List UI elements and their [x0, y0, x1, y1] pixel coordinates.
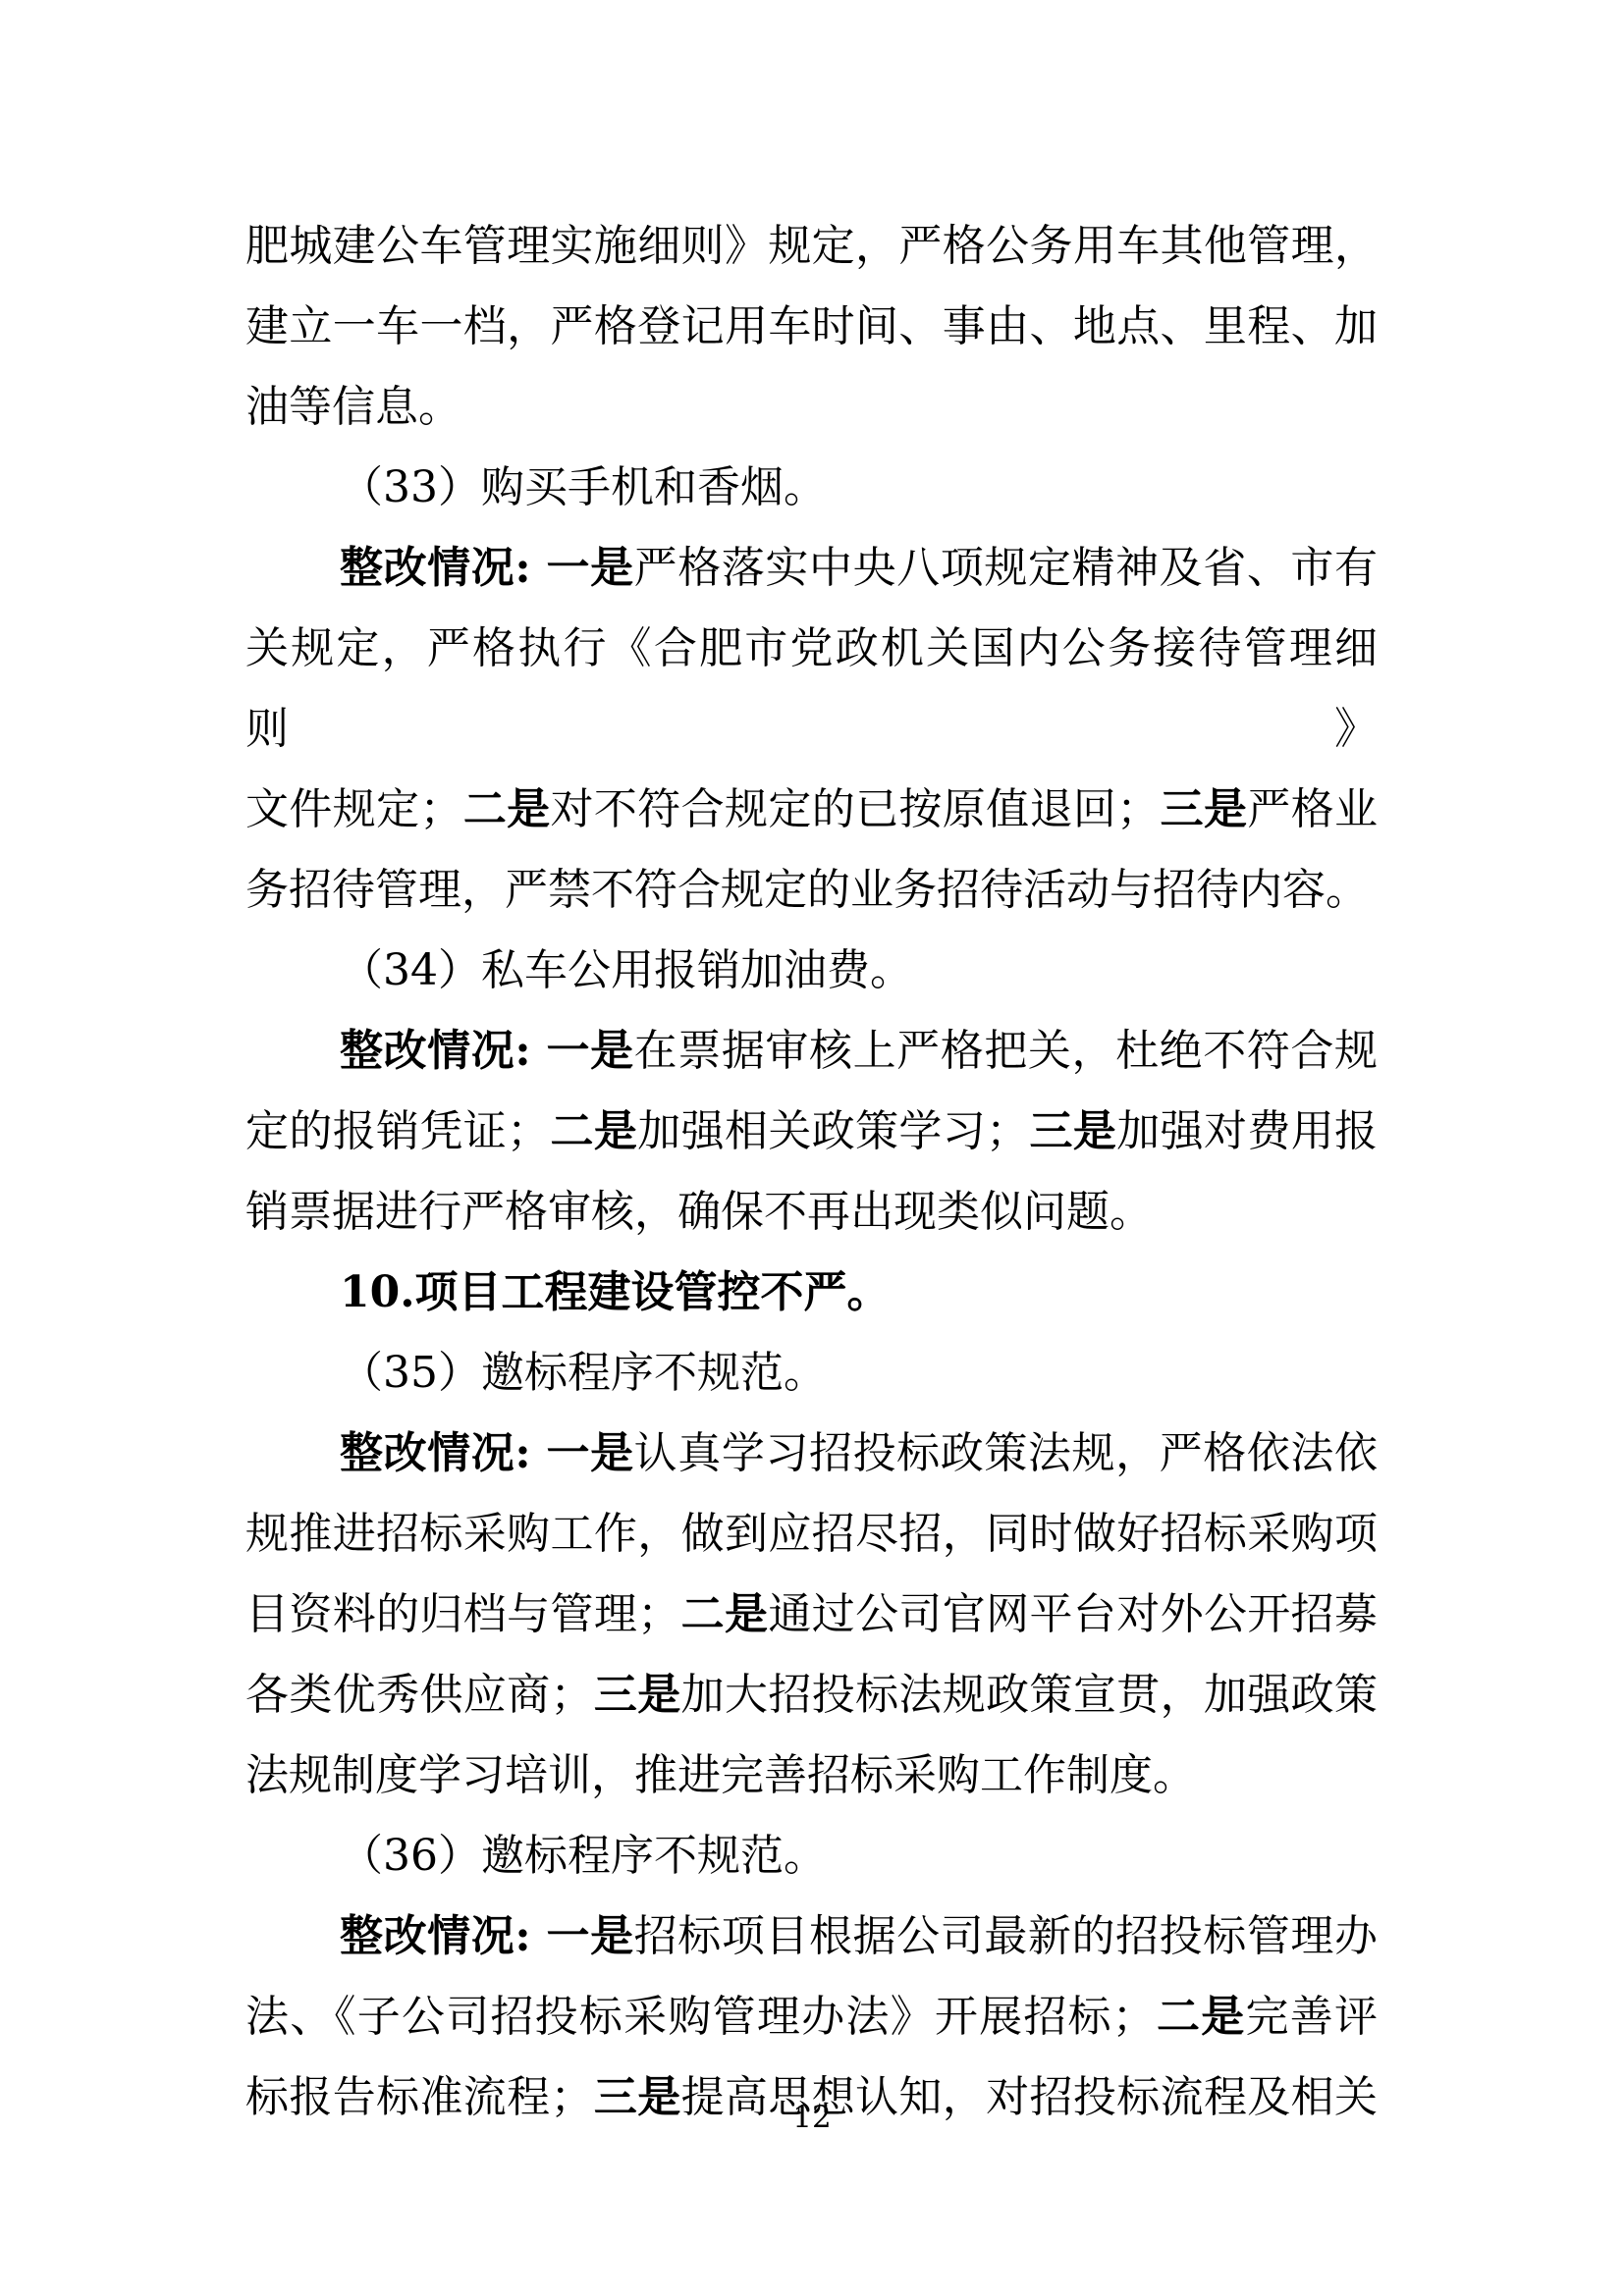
- text-segment: 油等信息。: [245, 382, 461, 432]
- text-segment: （33）购买手机和香烟。: [340, 462, 827, 512]
- text-segment: 文件规定；: [245, 784, 462, 834]
- text-segment: 加强对费用报: [1116, 1106, 1378, 1156]
- text-segment: 关规定，严格执行《合肥市党政机关国内公务接待管理细则》: [245, 623, 1378, 754]
- bold-text-segment: 三是: [1160, 784, 1247, 834]
- bold-text-segment: 整改情况: 一是: [340, 1911, 634, 1961]
- text-segment: 加大招投标法规政策宣贯，加强政策: [681, 1670, 1378, 1720]
- text-segment: 严格业: [1247, 784, 1378, 834]
- text-segment: 销票据进行严格审核，确保不再出现类似问题。: [245, 1187, 1153, 1237]
- text-line: 务招待管理，严禁不符合规定的业务招待活动与招待内容。: [245, 850, 1378, 931]
- text-segment: 招标项目根据公司最新的招投标管理办: [634, 1911, 1378, 1961]
- text-line: （34）私车公用报销加油费。: [245, 931, 1378, 1011]
- text-segment: （35）邀标程序不规范。: [340, 1348, 827, 1398]
- text-line: （36）邀标程序不规范。: [245, 1816, 1378, 1896]
- text-line: 法规制度学习培训，推进完善招标采购工作制度。: [245, 1735, 1378, 1816]
- text-segment: 各类优秀供应商；: [245, 1670, 594, 1720]
- text-line: 整改情况: 一是严格落实中央八项规定精神及省、市有: [245, 528, 1378, 609]
- bold-text-segment: 整改情况: 一是: [340, 543, 634, 593]
- bold-text-segment: 整改情况: 一是: [340, 1428, 634, 1478]
- text-segment: 通过公司官网平台对外公开招募: [768, 1589, 1378, 1639]
- bold-text-segment: 三是: [594, 1670, 681, 1720]
- bold-text-segment: 10.项目工程建设管控不严。: [340, 1267, 891, 1317]
- text-line: 整改情况: 一是招标项目根据公司最新的招投标管理办: [245, 1896, 1378, 1977]
- text-segment: 在票据审核上严格把关，杜绝不符合规: [634, 1026, 1378, 1076]
- text-line: 肥城建公车管理实施细则》规定，严格公务用车其他管理，: [245, 206, 1378, 287]
- text-line: 规推进招标采购工作，做到应招尽招，同时做好招标采购项: [245, 1494, 1378, 1575]
- text-segment: 完善评: [1246, 1992, 1378, 2042]
- page-number: 12: [0, 2100, 1624, 2135]
- text-segment: 规推进招标采购工作，做到应招尽招，同时做好招标采购项: [245, 1509, 1378, 1559]
- text-segment: （34）私车公用报销加油费。: [340, 945, 913, 995]
- bold-text-segment: 整改情况: 一是: [340, 1026, 634, 1076]
- document-page: 肥城建公车管理实施细则》规定，严格公务用车其他管理，建立一车一档，严格登记用车时…: [0, 0, 1624, 2296]
- text-segment: 务招待管理，严禁不符合规定的业务招待活动与招待内容。: [245, 865, 1369, 915]
- text-line: 10.项目工程建设管控不严。: [245, 1253, 1378, 1333]
- text-segment: 法、《子公司招投标采购管理办法》开展招标；: [245, 1992, 1156, 2042]
- text-line: 销票据进行严格审核，确保不再出现类似问题。: [245, 1172, 1378, 1253]
- text-segment: （36）邀标程序不规范。: [340, 1831, 827, 1881]
- text-line: 文件规定；二是对不符合规定的已按原值退回；三是严格业: [245, 770, 1378, 850]
- text-line: 法、《子公司招投标采购管理办法》开展招标；二是完善评: [245, 1977, 1378, 2057]
- text-segment: 加强相关政策学习；: [637, 1106, 1029, 1156]
- text-line: 关规定，严格执行《合肥市党政机关国内公务接待管理细则》: [245, 609, 1378, 770]
- text-segment: 肥城建公车管理实施细则》规定，严格公务用车其他管理，: [245, 221, 1378, 271]
- bold-text-segment: 二是: [550, 1106, 637, 1156]
- text-segment: 建立一车一档，严格登记用车时间、事由、地点、里程、加: [245, 301, 1378, 351]
- bold-text-segment: 二是: [680, 1589, 768, 1639]
- text-line: 定的报销凭证；二是加强相关政策学习；三是加强对费用报: [245, 1092, 1378, 1172]
- text-line: （33）购买手机和香烟。: [245, 448, 1378, 528]
- bold-text-segment: 二是: [1156, 1992, 1246, 2042]
- text-line: 油等信息。: [245, 367, 1378, 448]
- text-line: 目资料的归档与管理；二是通过公司官网平台对外公开招募: [245, 1575, 1378, 1655]
- text-segment: 严格落实中央八项规定精神及省、市有: [634, 543, 1378, 593]
- text-segment: 定的报销凭证；: [245, 1106, 550, 1156]
- text-segment: 法规制度学习培训，推进完善招标采购工作制度。: [245, 1750, 1196, 1800]
- text-line: 建立一车一档，严格登记用车时间、事由、地点、里程、加: [245, 287, 1378, 367]
- bold-text-segment: 二是: [462, 784, 550, 834]
- text-line: 各类优秀供应商；三是加大招投标法规政策宣贯，加强政策: [245, 1655, 1378, 1735]
- text-line: 整改情况: 一是认真学习招投标政策法规，严格依法依: [245, 1414, 1378, 1494]
- document-body: 肥城建公车管理实施细则》规定，严格公务用车其他管理，建立一车一档，严格登记用车时…: [245, 206, 1378, 2138]
- text-segment: 目资料的归档与管理；: [245, 1589, 680, 1639]
- text-segment: 认真学习招投标政策法规，严格依法依: [634, 1428, 1378, 1478]
- bold-text-segment: 三是: [1029, 1106, 1116, 1156]
- text-line: （35）邀标程序不规范。: [245, 1333, 1378, 1414]
- text-line: 整改情况: 一是在票据审核上严格把关，杜绝不符合规: [245, 1011, 1378, 1092]
- text-segment: 对不符合规定的已按原值退回；: [551, 784, 1161, 834]
